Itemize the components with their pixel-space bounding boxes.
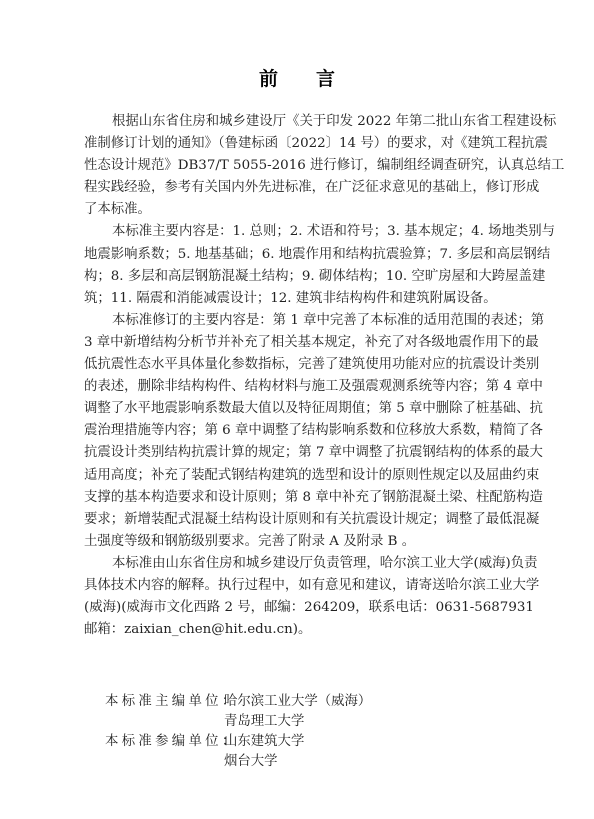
paragraph-management: 本标准由山东省住房和城乡建设厅负责管理，哈尔滨工业大学(威海)负责 具体技术内容… bbox=[84, 553, 512, 641]
paragraph-basis: 根据山东省住房和城乡建设厅《关于印发 2022 年第二批山东省工程建设标 准制修… bbox=[84, 111, 512, 221]
text-line: 性态设计规范》DB37/T 5055-2016 进行修订，编制组经调查研究，认真… bbox=[84, 155, 512, 177]
chief-editor-unit: 哈尔滨工业大学（威海） bbox=[224, 692, 371, 712]
text-line: 支撑的基本构造要求和设计原则；第 8 章中补充了钢筋混凝土梁、柱配筋构造 bbox=[84, 487, 512, 509]
participating-editor-row-1: 本标准参编单位： 山东建筑大学 bbox=[84, 732, 512, 752]
title-char-1: 前 bbox=[259, 68, 278, 90]
paragraph-main-contents: 本标准主要内容是：1. 总则；2. 术语和符号；3. 基本规定；4. 场地类别与… bbox=[84, 221, 512, 309]
participating-editor-row-2: 烟台大学 bbox=[84, 752, 512, 772]
chief-editor-row-1: 本标准主编单位： 哈尔滨工业大学（威海） bbox=[84, 692, 512, 712]
document-page: 前言 根据山东省住房和城乡建设厅《关于印发 2022 年第二批山东省工程建设标 … bbox=[0, 0, 594, 819]
preface-body: 根据山东省住房和城乡建设厅《关于印发 2022 年第二批山东省工程建设标 准制修… bbox=[84, 111, 512, 641]
text-line: 适用高度；补充了装配式钢结构建筑的选型和设计的原则性规定以及屈曲约束 bbox=[84, 465, 512, 487]
text-line: 构；8. 多层和高层钢筋混凝土结构；9. 砌体结构；10. 空旷房屋和大跨屋盖建 bbox=[84, 266, 512, 288]
title-char-2: 言 bbox=[316, 68, 335, 90]
text-line: 土强度等级和钢筋级别要求。完善了附录 A 及附录 B 。 bbox=[84, 531, 512, 553]
text-line: 具体技术内容的解释。执行过程中，如有意见和建议，请寄送哈尔滨工业大学 bbox=[84, 575, 512, 597]
responsible-units: 本标准主编单位： 哈尔滨工业大学（威海） 青岛理工大学 本标准参编单位： 山东建… bbox=[84, 692, 512, 772]
participating-editor-label: 本标准参编单位： bbox=[84, 732, 224, 752]
text-line: 本标准修订的主要内容是：第 1 章中完善了本标准的适用范围的表述；第 bbox=[84, 310, 512, 332]
text-line: 要求；新增装配式混凝土结构设计原则和有关抗震设计规定；调整了最低混凝 bbox=[84, 509, 512, 531]
chief-editor-label: 本标准主编单位： bbox=[84, 692, 224, 712]
text-line: 地震影响系数；5. 地基基础；6. 地震作用和结构抗震验算；7. 多层和高层钢结 bbox=[84, 244, 512, 266]
text-line: 抗震设计类别结构抗震计算的规定；第 7 章中调整了抗震钢结构的体系的最大 bbox=[84, 442, 512, 464]
text-line: 筑；11. 隔震和消能减震设计；12. 建筑非结构构件和建筑附属设备。 bbox=[84, 288, 512, 310]
text-line: 了本标准。 bbox=[84, 199, 512, 221]
text-line: 准制修订计划的通知》（鲁建标函〔2022〕14 号）的要求，对《建筑工程抗震 bbox=[84, 133, 512, 155]
text-line: 根据山东省住房和城乡建设厅《关于印发 2022 年第二批山东省工程建设标 bbox=[84, 111, 512, 133]
text-line: 邮箱：zaixian_chen@hit.edu.cn)。 bbox=[84, 619, 512, 641]
text-line: 本标准由山东省住房和城乡建设厅负责管理，哈尔滨工业大学(威海)负责 bbox=[84, 553, 512, 575]
text-line: 的表述，删除非结构构件、结构材料与施工及强震观测系统等内容；第 4 章中 bbox=[84, 376, 512, 398]
participating-unit: 山东建筑大学 bbox=[224, 732, 304, 752]
text-line: 低抗震性态水平具体量化参数指标，完善了建筑使用功能对应的抗震设计类别 bbox=[84, 354, 512, 376]
text-line: 调整了水平地震影响系数最大值以及特征周期值；第 5 章中删除了桩基础、抗 bbox=[84, 398, 512, 420]
chief-editor-row-2: 青岛理工大学 bbox=[84, 712, 512, 732]
text-line: 3 章中新增结构分析节并补充了相关基本规定，补充了对各级地震作用下的最 bbox=[84, 332, 512, 354]
text-line: 程实践经验，参考有关国内外先进标准，在广泛征求意见的基础上，修订形成 bbox=[84, 177, 512, 199]
text-line: 本标准主要内容是：1. 总则；2. 术语和符号；3. 基本规定；4. 场地类别与 bbox=[84, 221, 512, 243]
text-line: (威海)(威海市文化西路 2 号，邮编：264209，联系电话：0631-568… bbox=[84, 597, 512, 619]
chief-editor-unit: 青岛理工大学 bbox=[224, 712, 304, 732]
participating-unit: 烟台大学 bbox=[224, 752, 278, 772]
page-title: 前言 bbox=[0, 68, 594, 90]
text-line: 震治理措施等内容；第 6 章中调整了结构影响系数和位移放大系数，精简了各 bbox=[84, 420, 512, 442]
paragraph-revisions: 本标准修订的主要内容是：第 1 章中完善了本标准的适用范围的表述；第 3 章中新… bbox=[84, 310, 512, 553]
